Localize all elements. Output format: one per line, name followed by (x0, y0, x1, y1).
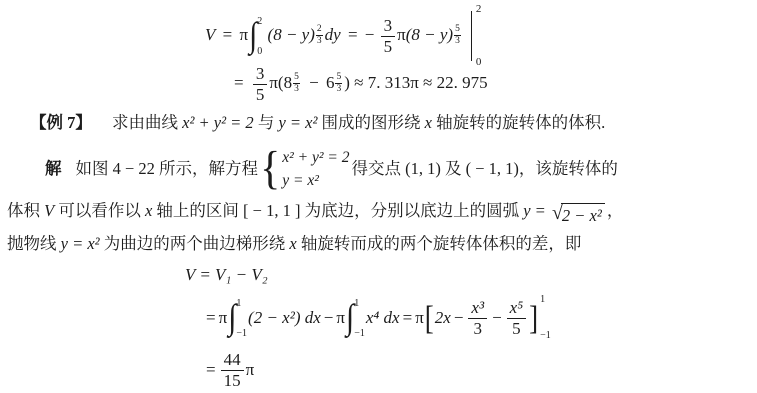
integral-icon: ∫ (346, 300, 354, 335)
fraction-three-fifths: 35 (253, 64, 268, 104)
math-y-equals: y = (523, 201, 546, 220)
text-segment: 轴旋转的旋转体的体积. (436, 113, 605, 132)
square-root-expression: √2 − x² (552, 203, 605, 227)
equals-sign: = (234, 73, 244, 92)
integrand: (2 − x²) dx (248, 307, 321, 328)
math-circle-equation: x² + y² = 2 (182, 113, 254, 132)
bracket-lower-limit: −1 (540, 331, 551, 341)
system-row-circle: x² + y² = 2 (282, 146, 349, 169)
text-segment: 与 (258, 113, 275, 132)
equation-numeric-result: = 35π(853 − 653) ≈ 7. 313π ≈ 22. 975 (231, 64, 488, 104)
minus-sign: − (324, 307, 334, 328)
evaluation-bar-0-2: 20 (471, 4, 482, 68)
integral-lower-limit: −1 (236, 329, 247, 339)
comma: ， (607, 201, 624, 220)
solution-line: 解 如图 4 − 22 所示，解方程 {x² + y² = 2y = x² 得交… (45, 142, 618, 196)
textbook-page: V = π∫20 (8 − y)23dy = − 35π(8 − y)5320 … (0, 0, 757, 393)
approx-values: ≈ 7. 313π ≈ 22. 975 (354, 73, 488, 92)
equals-sign: = (206, 307, 216, 328)
system-row-parabola: y = x² (282, 169, 349, 192)
integral-minus1-1: ∫1−1 (228, 298, 247, 338)
minus-sign: − (365, 25, 375, 44)
integral-0-2: ∫20 (249, 16, 262, 56)
equation-main-integrals: = π∫1−1 (2 − x²) dx − π∫1−1 x⁴ dx = π[ 2… (203, 290, 551, 346)
exponent-two-thirds: 23 (316, 24, 323, 48)
pi-open-paren: π( (269, 73, 283, 92)
fraction-44-over-15: 4415 (221, 350, 244, 390)
math-parabola-equation: y = x² (278, 113, 317, 132)
var-x: x (425, 113, 432, 132)
vertical-bar (471, 11, 472, 61)
integral-lower-limit: 0 (257, 47, 262, 57)
example-label: 【例 7】 (30, 113, 92, 132)
eval-upper-limit: 2 (476, 4, 482, 15)
equals-sign: = (403, 307, 413, 328)
term-2x: 2x (435, 307, 451, 328)
equals-sign: = (206, 359, 216, 380)
pi-symbol: π (336, 307, 345, 328)
equation-final-result: = 4415π (203, 348, 254, 392)
text-segment: 为曲边的两个曲边梯形绕 (104, 234, 286, 253)
differential-dy: dy (325, 25, 341, 44)
antiderivative: (8 − y) (406, 25, 453, 44)
base-eight: 8 (284, 73, 293, 92)
integral-icon: ∫ (249, 18, 257, 53)
equation-v-difference: V = V₁ − V₂ (185, 264, 268, 285)
left-brace: { (260, 145, 280, 192)
integral-upper-limit: 1 (354, 299, 365, 309)
text-segment: 求由曲线 (112, 113, 178, 132)
minus-sign: − (492, 307, 502, 328)
text-segment: 得交点 (1, 1) 及 ( − 1, 1)，该旋转体的 (351, 159, 617, 180)
integral-upper-limit: 2 (257, 17, 262, 27)
integral-upper-limit: 1 (236, 299, 247, 309)
paragraph-parabola-description: 抛物线 y = x² 为曲边的两个曲边梯形绕 x 轴旋转而成的两个旋转体体积的差… (7, 234, 581, 255)
integral-minus1-1: ∫1−1 (346, 298, 365, 338)
exponent-five-thirds: 53 (335, 72, 342, 96)
integrand: x⁴ dx (366, 307, 400, 328)
radicand: 2 − x² (561, 203, 605, 227)
solution-label: 解 (45, 159, 62, 180)
text-segment: 抛物线 (7, 234, 57, 253)
fraction-three-fifths: 35 (381, 16, 396, 56)
pi-symbol: π (239, 25, 248, 44)
bracket-upper-limit: 1 (540, 295, 551, 305)
minus-sign: − (309, 73, 319, 92)
text-segment: 如图 4 − 22 所示，解方程 (76, 159, 259, 180)
close-paren: ) (344, 73, 350, 92)
var-x: x (145, 201, 152, 220)
var-v: V (44, 201, 54, 220)
fraction-x3-over-3: x³3 (468, 298, 487, 338)
base-six: 6 (326, 73, 335, 92)
equals-sign: = (223, 25, 233, 44)
text-segment: 体积 (7, 201, 40, 220)
exponent-five-thirds: 53 (293, 72, 300, 96)
fraction-x5-over-5: x⁵5 (507, 298, 526, 338)
text-segment: 轴旋转而成的两个旋转体体积的差，即 (301, 234, 582, 253)
example-heading: 【例 7】 求由曲线 x² + y² = 2 与 y = x² 围成的图形绕 x… (30, 113, 605, 134)
text-segment: 可以看作以 (58, 201, 141, 220)
math-parabola-equation: y = x² (61, 234, 100, 253)
integrand: (8 − y) (268, 25, 315, 44)
math-v1-minus-v2: V = V₁ − V₂ (185, 265, 268, 284)
integral-icon: ∫ (228, 300, 236, 335)
pi-symbol: π (219, 307, 228, 328)
var-v: V (205, 25, 215, 44)
paragraph-volume-description: 体积 V 可以看作以 x 轴上的区间 [ − 1, 1 ] 为底边，分别以底边上… (7, 201, 623, 227)
pi-symbol: π (397, 25, 406, 44)
right-bracket: ] (529, 301, 538, 335)
bracket-limits: 1−1 (540, 295, 551, 341)
pi-symbol: π (246, 359, 255, 380)
text-segment: 轴上的区间 [ − 1, 1 ] 为底边，分别以底边上的圆弧 (156, 201, 519, 220)
text-segment: 围成的图形绕 (322, 113, 421, 132)
exponent-five-thirds: 53 (454, 24, 461, 48)
var-x: x (289, 234, 296, 253)
equation-volume-integral: V = π∫20 (8 − y)23dy = − 35π(8 − y)5320 (205, 4, 481, 68)
left-bracket: [ (425, 301, 434, 335)
pi-symbol: π (415, 307, 424, 328)
minus-sign: − (454, 307, 464, 328)
integral-lower-limit: −1 (354, 329, 365, 339)
equals-sign: = (348, 25, 358, 44)
equation-system: {x² + y² = 2y = x² (260, 146, 349, 193)
